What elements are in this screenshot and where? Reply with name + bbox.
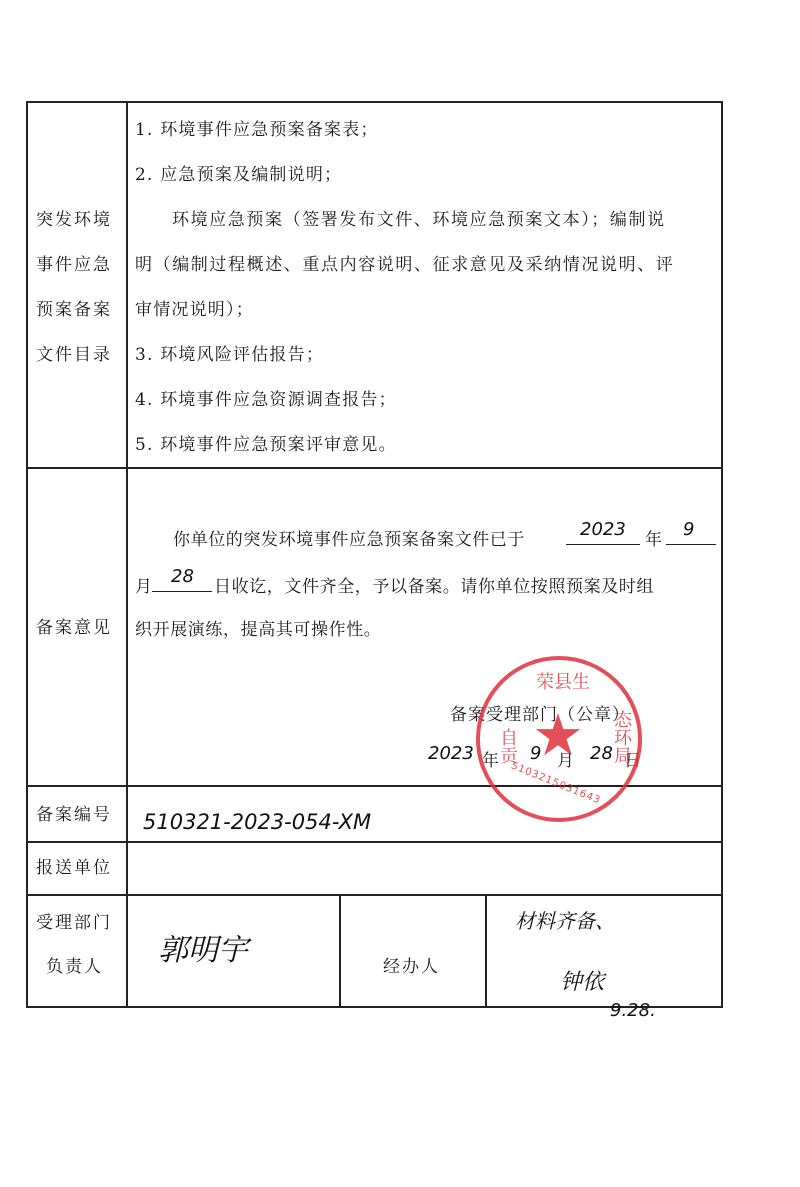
directory-item-3: 3. 环境风险评估报告； (135, 340, 324, 365)
filing-number-value: 510321-2023-054-XM (143, 810, 371, 834)
opinion-line-3: 织开展演练，提高其可操作性。 (135, 615, 381, 640)
received-day: 28 (171, 566, 194, 587)
received-day-underline (152, 591, 212, 592)
seal-star-icon: ★ (532, 706, 584, 764)
handler-date: 9.28. (610, 1000, 656, 1021)
file-directory-label-2: 事件应急 (36, 250, 112, 275)
opinion-line-1-prefix: 你单位的突发环境事件应急预案备案文件已于 (173, 525, 525, 550)
directory-item-2-detail-1: 环境应急预案（签署发布文件、环境应急预案文本）；编制说 (172, 205, 666, 230)
opinion-line-2-suffix: 日收讫，文件齐全，予以备案。请你单位按照预案及时组 (214, 572, 654, 597)
sign-year: 2023 (428, 743, 474, 764)
table-top-border (26, 101, 723, 103)
received-year-label: 年 (645, 525, 663, 550)
filing-number-label: 备案编号 (36, 800, 112, 825)
row-divider-1 (26, 467, 723, 469)
signature-divider-1 (339, 894, 341, 1007)
seal-text-right: 态环局 (608, 710, 634, 764)
received-month-label: 月 (135, 572, 153, 597)
received-month-underline (666, 544, 716, 545)
table-left-border (26, 101, 28, 1007)
handler-signature: 钟依 (560, 965, 604, 996)
table-right-border (721, 101, 723, 1007)
file-directory-label-4: 文件目录 (36, 340, 112, 365)
submitting-unit-label: 报送单位 (36, 853, 112, 878)
received-year-underline (566, 544, 640, 545)
row-divider-3 (26, 841, 723, 843)
directory-item-1: 1. 环境事件应急预案备案表； (135, 115, 379, 140)
official-seal: ★ 自贡 荣县生 态环局 5103215031643 (476, 656, 642, 822)
file-directory-label-1: 突发环境 (36, 205, 112, 230)
directory-item-5: 5. 环境事件应急预案评审意见。 (135, 430, 397, 455)
directory-item-2-detail-2: 明（编制过程概述、重点内容说明、征求意见及采纳情况说明、评 (135, 250, 674, 275)
received-year: 2023 (580, 519, 626, 540)
department-head-label-1: 受理部门 (36, 908, 112, 933)
directory-item-2: 2. 应急预案及编制说明； (135, 160, 342, 185)
department-head-signature: 郭明宇 (158, 925, 248, 969)
seal-text-top: 荣县生 (536, 668, 590, 694)
handler-label: 经办人 (383, 952, 440, 977)
row-divider-4 (26, 894, 723, 896)
directory-item-4: 4. 环境事件应急资源调查报告； (135, 385, 397, 410)
filing-opinion-label: 备案意见 (36, 613, 112, 638)
handler-note: 材料齐备、 (515, 905, 615, 934)
label-column-divider (126, 101, 128, 1007)
file-directory-label-3: 预案备案 (36, 295, 112, 320)
directory-item-2-detail-3: 审情况说明）； (135, 295, 254, 320)
received-month: 9 (683, 519, 694, 540)
signature-divider-2 (485, 894, 487, 1007)
seal-text: 自贡 (494, 728, 520, 764)
department-head-label-2: 负责人 (46, 952, 103, 977)
